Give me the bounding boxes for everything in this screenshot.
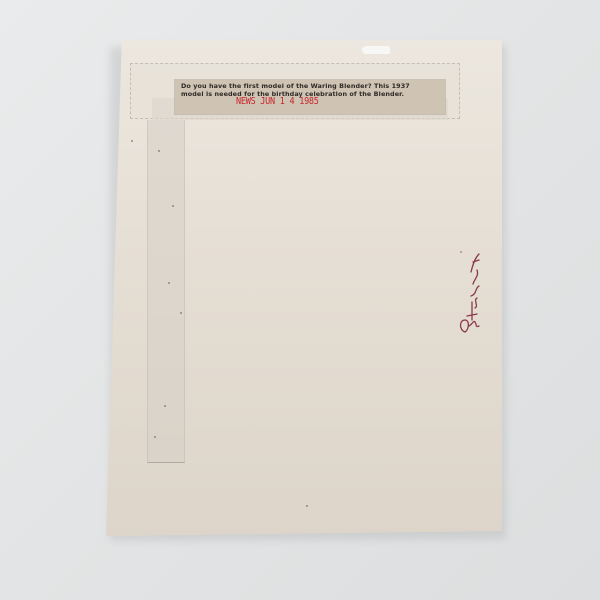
speck	[164, 405, 166, 407]
speck	[168, 282, 170, 284]
speck	[158, 150, 160, 152]
date-stamp: NEWS JUN 1 4 1985	[236, 96, 319, 107]
speck	[131, 140, 133, 142]
speck	[154, 436, 156, 438]
speck	[172, 205, 174, 207]
handwritten-signature: Ontiquez	[453, 240, 483, 340]
clipping-line-1: Do you have the first model of the Warin…	[181, 82, 439, 90]
speck	[180, 312, 182, 314]
speck	[306, 505, 308, 507]
staple-mark	[362, 46, 390, 54]
tape-residue-left	[147, 120, 185, 463]
